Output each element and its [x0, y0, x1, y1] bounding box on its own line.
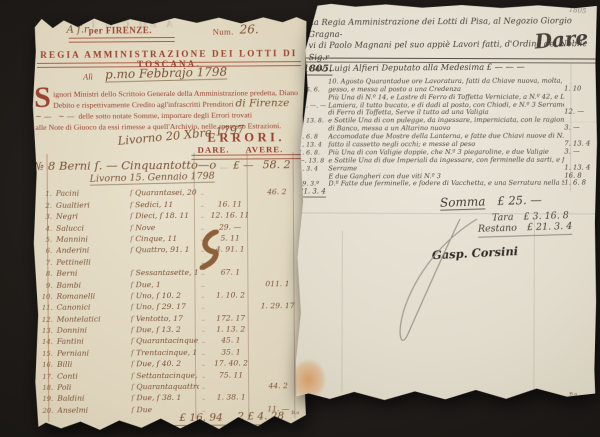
row-hand-rule — [202, 297, 204, 298]
row-number: 12. — [35, 315, 57, 323]
total-avere: 2 £ 4. 28 — [237, 410, 284, 422]
ink-blot-stain — [198, 230, 224, 270]
row-hand-rule — [202, 376, 204, 377]
row-amount-words: Trentacinque, 1 — [131, 348, 199, 357]
entry-text: D.º Fatte due ferminelle, e fodere di Va… — [328, 179, 564, 188]
row-number: 6. — [34, 247, 56, 255]
script-date: p.mo Febbrajo 1798 — [105, 65, 228, 83]
row-amount-words: Quattro, 91. 1 — [130, 245, 198, 254]
row-dare-value: 75. 11 — [207, 370, 255, 379]
entry-amount: 1. 6. 8 — [564, 179, 596, 187]
row-name: Anderini — [56, 246, 130, 256]
row-name: Negri — [56, 211, 130, 221]
row-number: 4. — [34, 224, 56, 232]
row-number: 9. — [34, 281, 56, 289]
row-amount-words: Sedici, 11 — [130, 200, 198, 209]
entry-margin-amount: 1. 3. 4 — [296, 165, 328, 172]
row-name: Poli — [57, 382, 131, 392]
row-amount-words: Ventotto, 17 — [131, 313, 199, 322]
vertical-fold-crease-2 — [341, 231, 343, 393]
row-number: 2. — [34, 202, 56, 210]
date-label-printed: Alì — [83, 72, 93, 82]
entry-margin-amount: 1. 6. 8. — [296, 149, 328, 156]
right-document-1805: 1805 La Regia Amministrazione dei Lotti … — [293, 2, 598, 401]
row-hand-rule — [202, 331, 204, 332]
row-name: Berni — [56, 268, 130, 278]
pencil-mark — [381, 215, 493, 353]
row-hand-rule — [201, 217, 203, 218]
row-name: Donnini — [57, 325, 131, 335]
row-amount-words: Due, 1 — [130, 279, 198, 288]
corner-mark-right-doc: B.o — [569, 391, 577, 397]
row-name: Anselmi — [57, 405, 131, 415]
printed-place-firenze: per FIRENZE. — [89, 25, 152, 35]
row-number: 16. — [35, 361, 57, 369]
row-name: Montelatici — [57, 314, 131, 324]
dropcap-S: S — [34, 84, 51, 112]
row-amount-words: Uno, ſ 10. 2 — [130, 291, 198, 300]
row-number: 1. — [34, 190, 56, 198]
row-number: 5. — [34, 236, 56, 244]
num-value-script: 26. — [240, 22, 259, 36]
row-amount-words: Due, ſ 40. 2 — [131, 359, 199, 368]
row-number: 3. — [34, 213, 56, 221]
dare-word: Dare — [534, 25, 589, 53]
row-dare-value: 17. 40. 2 — [207, 359, 255, 368]
table-row: 11.CanoniciUno, ſ 29. 171. 29. 17 — [35, 299, 301, 312]
totals-rule-2 — [221, 426, 263, 427]
total-dare: £ 16. 94 — [179, 412, 223, 424]
corner-year-1798: 1798 — [274, 11, 293, 21]
row-amount-words: Uno, ſ 29. 17 — [131, 302, 199, 311]
header-double-rule — [294, 57, 598, 63]
entry-amount: 7. 13. 4 — [564, 139, 596, 147]
row-number: 7. — [34, 259, 56, 267]
row-hand-rule — [202, 399, 204, 400]
summary-dash-filler — [220, 168, 229, 169]
table-row: 1.PaciniQuarantasei, 2046. 2 — [34, 185, 300, 198]
row-name: Gualtieri — [56, 200, 130, 210]
row-hand-rule — [202, 319, 204, 320]
row-amount-words: Due, ſ 38. 1 — [131, 393, 199, 402]
row-dare-value: 172. 17 — [207, 313, 255, 322]
row-amount-words: Sessantasette, 1 — [130, 268, 198, 277]
row-name: Mannini — [56, 234, 130, 244]
row-name: Canonici — [57, 303, 131, 313]
resto-value: £ 21. 3. 4 — [521, 221, 573, 234]
script-subdate: Livorno 15. Gennaio 1798 — [90, 171, 215, 186]
num-label: Num. — [213, 27, 234, 37]
row-dare-value: 1. 10. 2 — [206, 290, 254, 299]
entry-margin-amount: 18. —. — — [296, 102, 328, 109]
row-dare-value: 35. 1 — [207, 347, 255, 356]
right-paper-sheet: 1805 La Regia Amministrazione dei Lotti … — [293, 2, 598, 401]
photo-of-two-historical-documents: A ĿO C G I A ſ.r per FIRENZE. Num. 26. 1… — [0, 0, 600, 437]
entry-margin-amount: —. 13. 8 — [296, 157, 328, 164]
script-flourish: ~— ~— — [35, 112, 76, 121]
row-number: 14. — [35, 338, 57, 346]
table-row: 18.PoliQuarantaquattro, 244. 2 — [35, 379, 301, 392]
row-hand-rule — [202, 388, 204, 389]
manuscript-entry-lines: 10. Agosto Quarantadue ore Lavoratura, f… — [296, 76, 596, 188]
left-document-1798: A ĿO C G I A ſ.r per FIRENZE. Num. 26. 1… — [31, 12, 311, 432]
row-dare-value: 12. 16. 11 — [206, 211, 254, 220]
corner-year-1805: 1805 — [568, 6, 586, 16]
row-hand-rule — [201, 206, 203, 207]
row-amount-words: Due, ſ 13. 2 — [131, 325, 199, 334]
somma-label: Somma — [440, 194, 486, 210]
row-hand-rule — [202, 342, 204, 343]
entry-margin-amount: 1. 5. 6. — [296, 86, 328, 93]
col-header-avere: AVERE. — [245, 144, 283, 154]
row-hand-rule — [202, 308, 204, 309]
row-name: Pacini — [56, 189, 130, 199]
row-number: 19. — [35, 395, 57, 403]
row-amount-words: Settantacinque, 1 — [131, 370, 199, 379]
table-row: 9.BambiDue, 1011. 1 — [34, 276, 300, 289]
row-amount-words: Quarantasei, 20 — [130, 188, 198, 197]
script-di-firenze: di Firenze — [236, 97, 290, 109]
row-name: Perniani — [57, 348, 131, 358]
row-name: Fantini — [57, 337, 131, 347]
row-amount-words: Nove — [130, 222, 198, 231]
entry-amount: 1. 10 — [564, 84, 596, 92]
entry-margin-amount: 2. 6. 8 — [296, 134, 328, 141]
row-amount-words: Cinque, 11 — [130, 234, 198, 243]
vertical-fold-crease — [533, 218, 535, 396]
entry-amount: 12. — — [564, 108, 596, 116]
row-amount-words: Dieci, ſ 18. 11 — [130, 211, 198, 220]
entry-amount: 16. 8 — [564, 171, 596, 179]
row-number: 11. — [35, 304, 57, 312]
corner-mark-left-doc: B.o — [291, 410, 299, 416]
year-label-1805: 1805. — [302, 63, 332, 75]
entry-amount: 3. — — [564, 124, 596, 132]
row-hand-rule — [201, 194, 203, 195]
row-name: Billi — [57, 360, 131, 370]
row-number: 13. — [35, 327, 57, 335]
row-number: 20. — [35, 407, 57, 415]
entry-margin-amount: 1. 13. 4 — [296, 141, 328, 148]
entry-line: 29. 3.ºD.º Fatte due ferminelle, e foder… — [296, 179, 596, 188]
row-number: 10. — [34, 293, 56, 301]
row-dare-value: 45. 1 — [207, 336, 255, 345]
errors-table-rows: 1.PaciniQuarantasei, 2046. 22.GualtieriS… — [34, 185, 302, 415]
row-name: Salucci — [56, 223, 130, 233]
script-place-prefix: A ſ.r — [67, 25, 89, 36]
row-name: Pettinelli — [56, 257, 130, 267]
margin-total: 21. 3. 4 — [299, 187, 326, 197]
row-avere-value: 46. 2 — [254, 187, 300, 196]
row-amount-words: Quarantacinque, 1 — [131, 336, 199, 345]
entry-amount: 1. 13. 4 — [564, 163, 596, 171]
row-number: 18. — [35, 384, 57, 392]
row-amount-words: Quarantaquattro, 2 — [131, 382, 199, 391]
row-dare-value: 1. 38. 1 — [207, 393, 255, 402]
totals-rule — [173, 424, 299, 426]
row-dare-value: 16. 11 — [206, 199, 254, 208]
summary-prefix-mark: № — [32, 160, 45, 173]
entry-amount: 3. — — [564, 147, 596, 155]
row-hand-rule — [202, 354, 204, 355]
row-dare-value: 1. 13. 2 — [207, 324, 255, 333]
row-name: Romanelli — [56, 291, 130, 301]
row-number: 8. — [34, 270, 56, 278]
row-hand-rule — [201, 274, 203, 275]
row-number: 15. — [35, 350, 57, 358]
row-hand-rule — [201, 285, 203, 286]
row-name: Bambi — [56, 280, 130, 290]
header-line-3: Cav. Luigi Alfieri Deputato alla Medesim… — [309, 61, 527, 74]
summary-script-row: № 8 Berni ſ. — Cinquantotto—o £ — 58. 2 — [32, 157, 300, 173]
row-name: Conti — [57, 371, 131, 381]
row-name: Baldini — [57, 394, 131, 404]
body-paragraph-top: ignori Ministri dello Scrittoio Generale… — [53, 87, 303, 111]
row-number: 17. — [35, 372, 57, 380]
row-hand-rule — [202, 365, 204, 366]
summary-lira: £ — — [233, 159, 254, 171]
left-paper-sheet: A ĿO C G I A ſ.r per FIRENZE. Num. 26. 1… — [31, 12, 311, 432]
col-header-dare: DARE. — [197, 145, 229, 155]
red-double-underline — [69, 37, 175, 43]
